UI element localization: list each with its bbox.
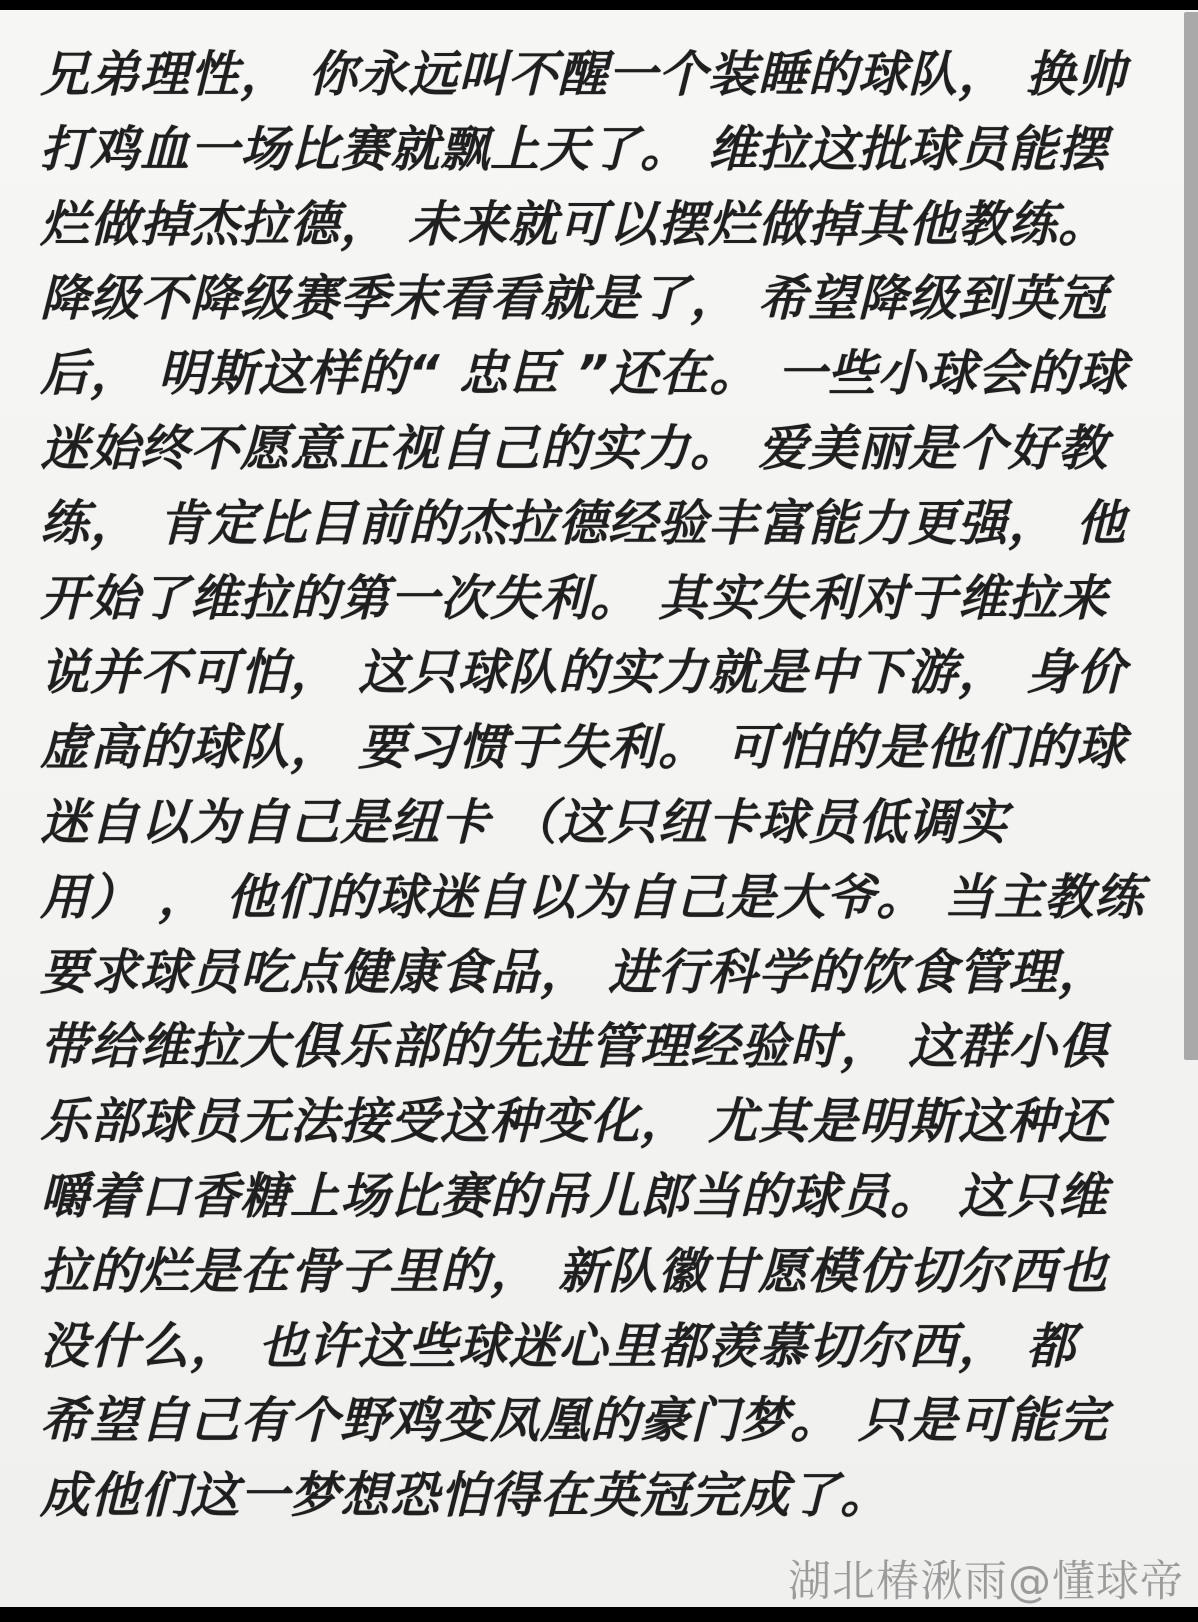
- text-line: 说并不可怕， 这只球队的实力就是中下游， 身价: [40, 636, 1154, 711]
- text-line: 拉的烂是在骨子里的， 新队徽甘愿模仿切尔西也: [40, 1235, 1154, 1310]
- scrollbar-thumb[interactable]: [1184, 12, 1198, 1060]
- text-line: 虚高的球队， 要习惯于失利。 可怕的是他们的球: [40, 711, 1154, 786]
- text-line: 带给维拉大俱乐部的先进管理经验时， 这群小俱: [40, 1010, 1154, 1085]
- calligraphy-text-block: 兄弟理性， 你永远叫不醒一个装睡的球队， 换帅打鸡血一场比赛就飘上天了。 维拉这…: [40, 38, 1154, 1534]
- text-line: 用） ， 他们的球迷自以为自己是大爷。 当主教练: [40, 861, 1154, 936]
- text-line: 要求球员吃点健康食品， 进行科学的饮食管理，: [40, 936, 1154, 1011]
- text-line: 降级不降级赛季末看看就是了， 希望降级到英冠: [40, 262, 1154, 337]
- text-line: 后， 明斯这样的“ 忠臣 ”还在。 一些小球会的球: [40, 337, 1154, 412]
- text-line: 打鸡血一场比赛就飘上天了。 维拉这批球员能摆: [40, 113, 1154, 188]
- screenshot-root: 兄弟理性， 你永远叫不醒一个装睡的球队， 换帅打鸡血一场比赛就飘上天了。 维拉这…: [0, 0, 1198, 1622]
- bottom-letterbox-bar: [0, 1607, 1198, 1622]
- text-line: 练， 肯定比目前的杰拉德经验丰富能力更强， 他: [40, 487, 1154, 562]
- top-letterbox-bar: [0, 0, 1198, 10]
- text-line: 乐部球员无法接受这种变化， 尤其是明斯这种还: [40, 1085, 1154, 1160]
- document-page: 兄弟理性， 你永远叫不醒一个装睡的球队， 换帅打鸡血一场比赛就飘上天了。 维拉这…: [0, 10, 1198, 1607]
- text-line: 迷自以为自己是纽卡 （这只纽卡球员低调实: [40, 786, 1154, 861]
- text-line: 成他们这一梦想恐怕得在英冠完成了。: [40, 1459, 1154, 1534]
- text-line: 希望自己有个野鸡变凤凰的豪门梦。 只是可能完: [40, 1384, 1154, 1459]
- text-line: 没什么， 也许这些球迷心里都羡慕切尔西， 都: [40, 1310, 1154, 1385]
- text-line: 兄弟理性， 你永远叫不醒一个装睡的球队， 换帅: [40, 38, 1154, 113]
- watermark: 湖北椿湫雨@懂球帝: [788, 1556, 1184, 1608]
- text-line: 开始了维拉的第一次失利。 其实失利对于维拉来: [40, 562, 1154, 637]
- text-line: 烂做掉杰拉德， 未来就可以摆烂做掉其他教练。: [40, 188, 1154, 263]
- text-line: 迷始终不愿意正视自己的实力。 爱美丽是个好教: [40, 412, 1154, 487]
- text-line: 嚼着口香糖上场比赛的吊儿郎当的球员。 这只维: [40, 1160, 1154, 1235]
